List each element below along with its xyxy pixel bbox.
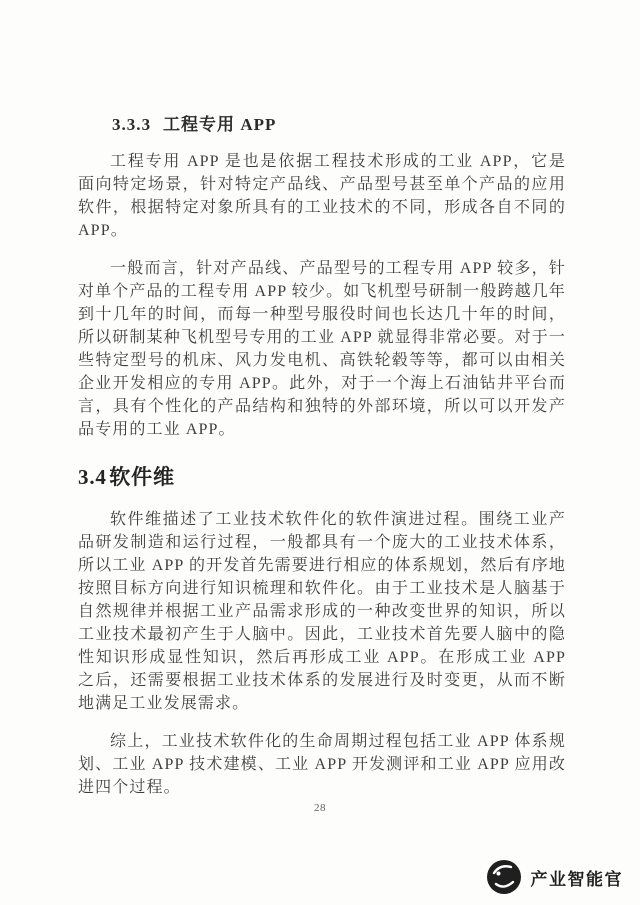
section-heading-3-4: 3.4软件维: [78, 461, 566, 491]
section-number: 3.3.3: [112, 115, 151, 134]
section-heading-3-3-3: 3.3.3工程专用 APP: [78, 110, 566, 135]
document-page: 3.3.3工程专用 APP 工程专用 APP 是也是依据工程技术形成的工业 AP…: [0, 0, 640, 905]
paragraph-1: 工程专用 APP 是也是依据工程技术形成的工业 APP，它是面向特定场景，针对特…: [78, 150, 566, 242]
section-number: 3.4: [78, 465, 107, 489]
paragraph-4: 综上，工业技术软件化的生命周期过程包括工业 APP 体系规划、工业 APP 技术…: [78, 730, 566, 799]
brand-name: 产业智能官: [531, 865, 624, 890]
section-title: 工程专用 APP: [163, 115, 276, 134]
footer-brand: 产业智能官: [485, 858, 624, 896]
paragraph-2: 一般而言，针对产品线、产品型号的工程专用 APP 较多，针对单个产品的工程专用 …: [78, 257, 566, 441]
section-title: 软件维: [109, 465, 175, 489]
brand-circle-logo-icon: [485, 858, 523, 896]
paragraph-3: 软件维描述了工业技术软件化的软件演进过程。围绕工业产品研发制造和运行过程，一般都…: [78, 508, 566, 715]
page-number: 28: [0, 802, 640, 814]
page-content: 3.3.3工程专用 APP 工程专用 APP 是也是依据工程技术形成的工业 AP…: [78, 110, 566, 814]
